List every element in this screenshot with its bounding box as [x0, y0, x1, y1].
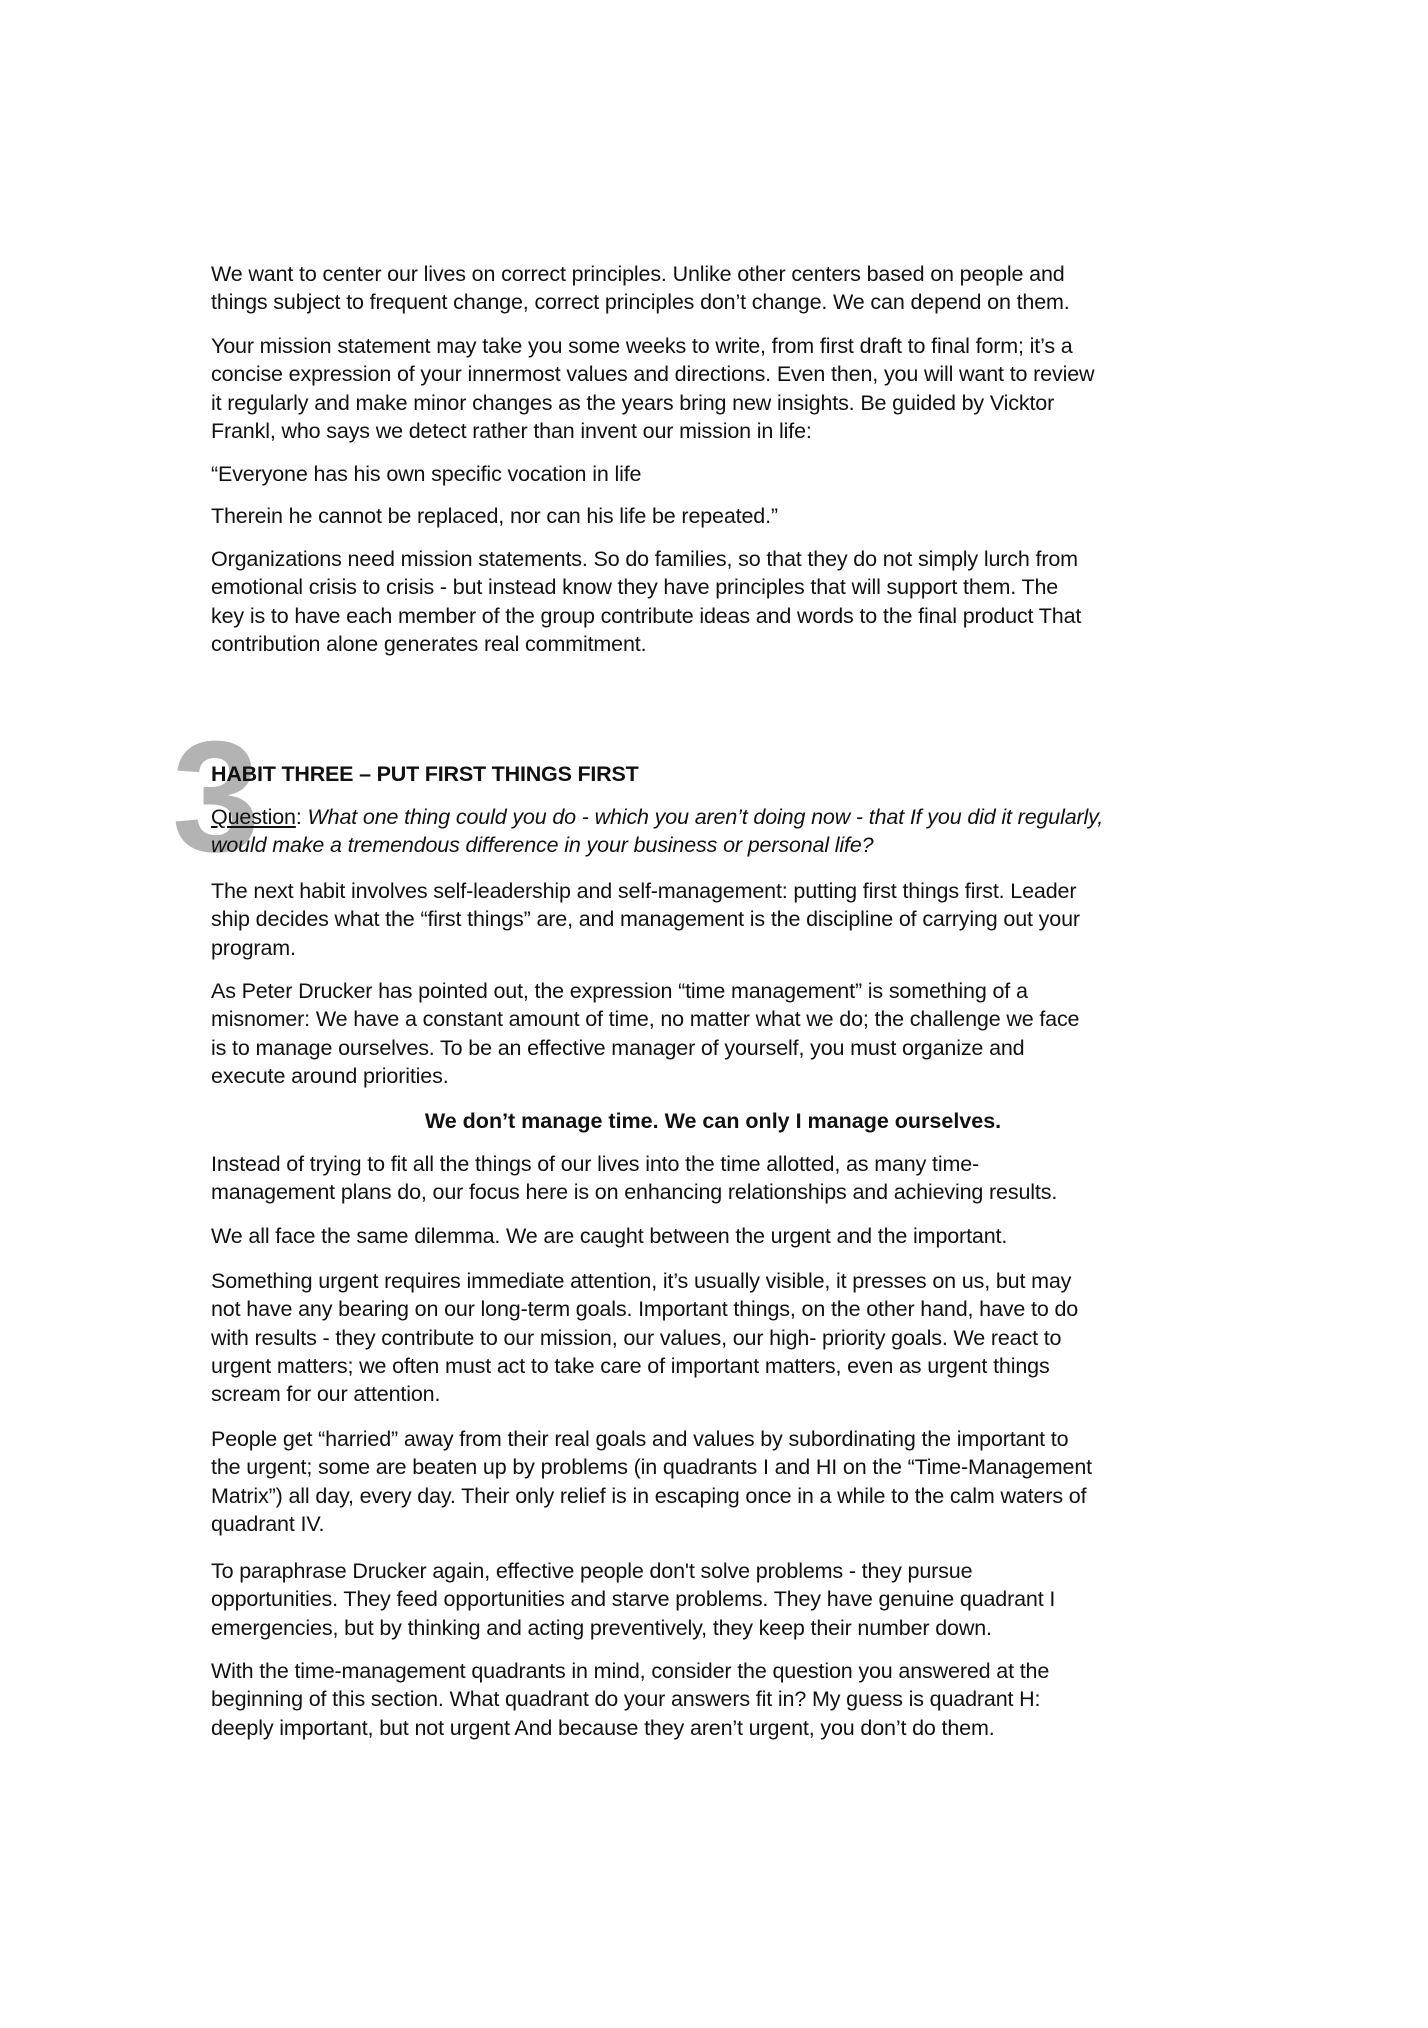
quote-line-1: “Everyone has his own specific vocation …: [211, 460, 1221, 488]
quote-text: “Everyone has his own specific vocation …: [211, 460, 1221, 488]
section-heading: HABIT THREE – PUT FIRST THINGS FIRST: [211, 762, 639, 786]
paragraph-line: execute around priorities.: [211, 1062, 1221, 1090]
paragraph-line: misnomer: We have a constant amount of t…: [211, 1005, 1221, 1033]
paragraph-line: urgent matters; we often must act to tak…: [211, 1352, 1221, 1380]
paragraph-line: We all face the same dilemma. We are cau…: [211, 1222, 1221, 1250]
paragraph-line: program.: [211, 934, 1221, 962]
paragraph-line: the urgent; some are beaten up by proble…: [211, 1453, 1221, 1481]
paragraph-paraphrase: To paraphrase Drucker again, effective p…: [211, 1557, 1221, 1642]
question-colon: :: [296, 805, 308, 829]
paragraph-line: The next habit involves self-leadership …: [211, 877, 1221, 905]
question-label: Question: [211, 805, 296, 829]
paragraph-line: quadrant IV.: [211, 1510, 1221, 1538]
paragraph-line: it regularly and make minor changes as t…: [211, 389, 1221, 417]
quote-line-2: Therein he cannot be replaced, nor can h…: [211, 502, 1221, 530]
question-line-1: Question: What one thing could you do - …: [211, 803, 1221, 831]
paragraph-line: things subject to frequent change, corre…: [211, 288, 1221, 316]
habit-question: Question: What one thing could you do - …: [211, 803, 1221, 860]
paragraph-principles: We want to center our lives on correct p…: [211, 260, 1221, 317]
paragraph-line: To paraphrase Drucker again, effective p…: [211, 1557, 1221, 1585]
paragraph-line: scream for our attention.: [211, 1380, 1221, 1408]
paragraph-mission-statement: Your mission statement may take you some…: [211, 332, 1221, 445]
question-text: What one thing could you do - which you …: [308, 805, 1104, 829]
paragraph-line: beginning of this section. What quadrant…: [211, 1685, 1221, 1713]
paragraph-line: Your mission statement may take you some…: [211, 332, 1221, 360]
paragraph-line: emotional crisis to crisis - but instead…: [211, 573, 1221, 601]
paragraph-urgent: Something urgent requires immediate atte…: [211, 1267, 1221, 1408]
paragraph-line: key is to have each member of the group …: [211, 602, 1221, 630]
paragraph-line: not have any bearing on our long-term go…: [211, 1295, 1221, 1323]
paragraph-harried: People get “harried” away from their rea…: [211, 1425, 1221, 1538]
paragraph-line: emergencies, but by thinking and acting …: [211, 1614, 1221, 1642]
paragraph-line: As Peter Drucker has pointed out, the ex…: [211, 977, 1221, 1005]
paragraph-line: opportunities. They feed opportunities a…: [211, 1585, 1221, 1613]
quote-text: Therein he cannot be replaced, nor can h…: [211, 502, 1221, 530]
paragraph-line: We want to center our lives on correct p…: [211, 260, 1221, 288]
paragraph-line: Frankl, who says we detect rather than i…: [211, 417, 1221, 445]
paragraph-line: Organizations need mission statements. S…: [211, 545, 1221, 573]
paragraph-instead: Instead of trying to fit all the things …: [211, 1150, 1221, 1207]
paragraph-line: deeply important, but not urgent And bec…: [211, 1714, 1221, 1742]
paragraph-quadrants: With the time-management quadrants in mi…: [211, 1657, 1221, 1742]
paragraph-dilemma: We all face the same dilemma. We are cau…: [211, 1222, 1221, 1250]
question-line-2: would make a tremendous difference in yo…: [211, 831, 1221, 859]
habit-heading: HABIT THREE – PUT FIRST THINGS FIRST: [211, 760, 1221, 788]
paragraph-self-leadership: The next habit involves self-leadership …: [211, 877, 1221, 962]
paragraph-organizations: Organizations need mission statements. S…: [211, 545, 1221, 658]
paragraph-drucker: As Peter Drucker has pointed out, the ex…: [211, 977, 1221, 1090]
callout-statement: We don’t manage time. We can only I mana…: [211, 1107, 1215, 1135]
paragraph-line: With the time-management quadrants in mi…: [211, 1657, 1221, 1685]
paragraph-line: Something urgent requires immediate atte…: [211, 1267, 1221, 1295]
paragraph-line: contribution alone generates real commit…: [211, 630, 1221, 658]
paragraph-line: with results - they contribute to our mi…: [211, 1324, 1221, 1352]
paragraph-line: management plans do, our focus here is o…: [211, 1178, 1221, 1206]
paragraph-line: concise expression of your innermost val…: [211, 360, 1221, 388]
paragraph-line: is to manage ourselves. To be an effecti…: [211, 1034, 1221, 1062]
paragraph-line: Matrix”) all day, every day. Their only …: [211, 1482, 1221, 1510]
paragraph-line: ship decides what the “first things” are…: [211, 905, 1221, 933]
paragraph-line: People get “harried” away from their rea…: [211, 1425, 1221, 1453]
paragraph-line: Instead of trying to fit all the things …: [211, 1150, 1221, 1178]
